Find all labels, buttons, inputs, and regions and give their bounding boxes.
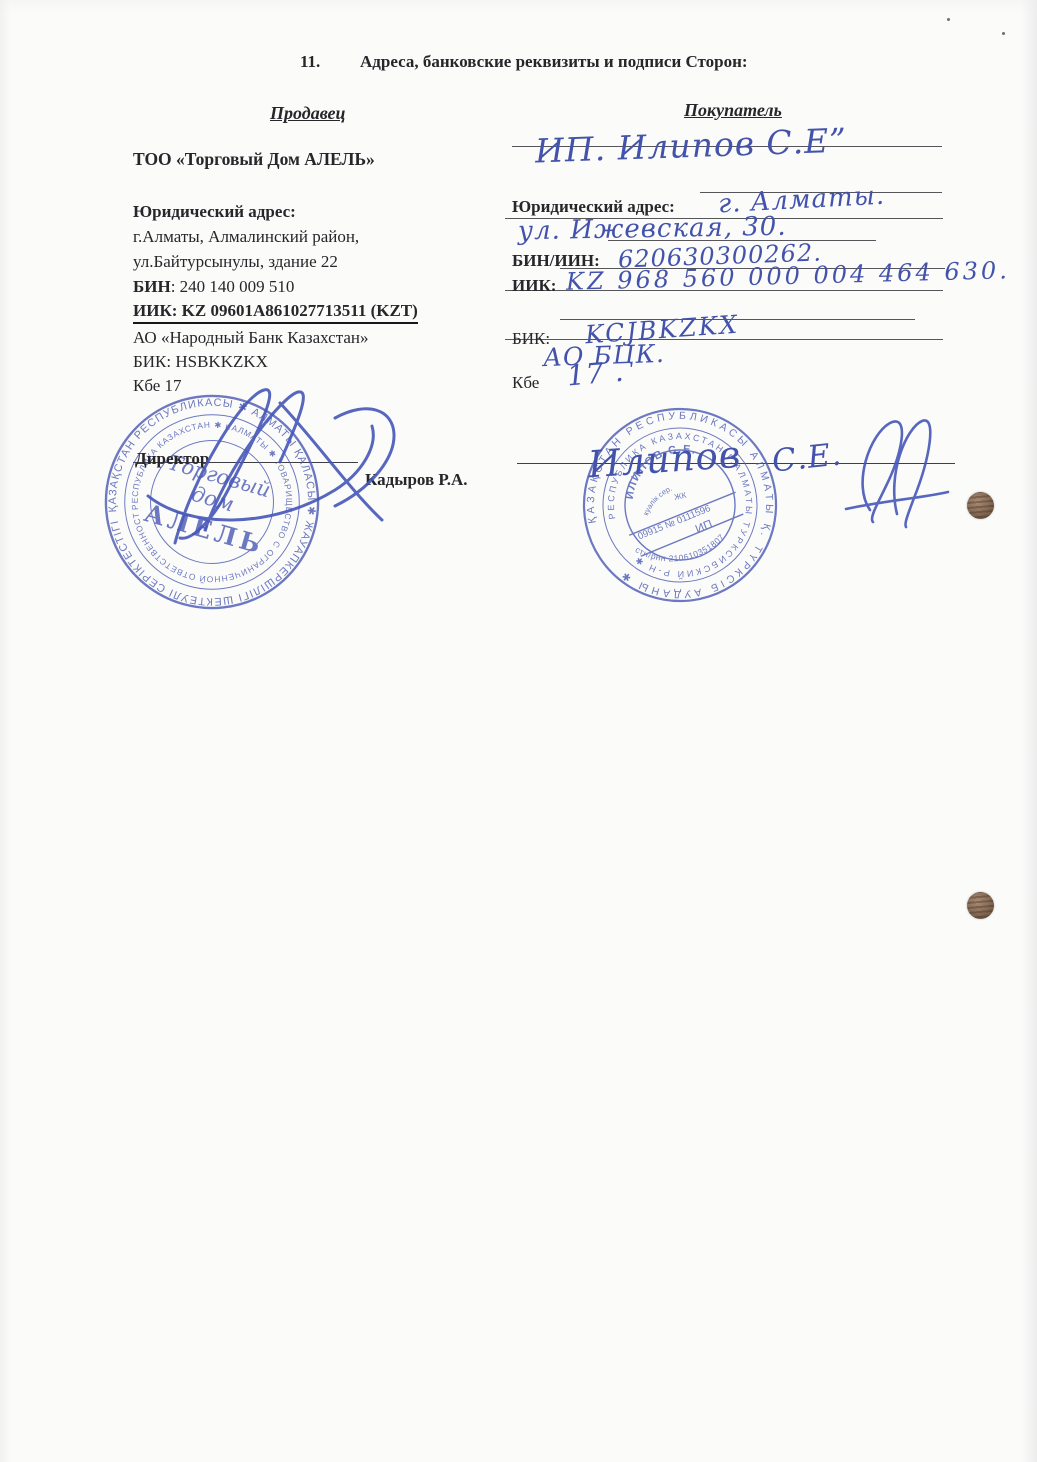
seller-address-line2: ул.Байтурсынулы, здание 22 bbox=[133, 252, 338, 272]
seller-iik-line: ИИК: KZ 09601A861027713511 (KZT) bbox=[133, 301, 418, 324]
seller-bin-label: БИН bbox=[133, 277, 171, 296]
seller-signature bbox=[130, 378, 460, 563]
buyer-kbe-label: Кбе bbox=[512, 373, 539, 393]
seller-company: ТОО «Торговый Дом АЛЕЛЬ» bbox=[133, 149, 375, 170]
svg-text:куәлік сер.: куәлік сер. bbox=[636, 483, 677, 518]
buyer-signature-initials: С.Е. bbox=[770, 436, 843, 479]
svg-text:ҚАЗАҚСТАН РЕСПУБЛИКАСЫ АЛМАТЫ: ҚАЗАҚСТАН РЕСПУБЛИКАСЫ АЛМАТЫ Қ. ТҮРКСІБ… bbox=[567, 392, 793, 618]
seller-heading: Продавец bbox=[270, 103, 346, 124]
seller-bin-line: БИН: 240 140 009 510 bbox=[133, 277, 294, 297]
scanned-contract-page: 11. Адреса, банковские реквизиты и подпи… bbox=[0, 0, 1037, 1462]
binding-hole-bottom bbox=[967, 892, 994, 919]
seller-address-line1: г.Алматы, Алмалинский район, bbox=[133, 227, 359, 247]
buyer-heading: Покупатель bbox=[684, 100, 782, 121]
buyer-stamp: ҚАЗАҚСТАН РЕСПУБЛИКАСЫ АЛМАТЫ Қ. ТҮРКСІБ… bbox=[561, 386, 798, 623]
scan-speck-2 bbox=[1002, 32, 1005, 35]
binding-hole-top bbox=[967, 492, 994, 519]
buyer-stamp-ring-outer-text: ҚАЗАҚСТАН РЕСПУБЛИКАСЫ АЛМАТЫ Қ. ТҮРКСІБ… bbox=[567, 392, 793, 618]
section-number: 11. bbox=[300, 52, 320, 72]
scan-speck-1 bbox=[947, 18, 950, 21]
buyer-signature-paraph bbox=[842, 412, 952, 537]
seller-address-label: Юридический адрес: bbox=[133, 202, 296, 222]
seller-bik-line: БИК: HSBKKZKX bbox=[133, 352, 268, 372]
buyer-kbe-handwritten: 17 . bbox=[566, 355, 626, 393]
buyer-stamp-zhk: ЖК bbox=[673, 491, 687, 502]
buyer-name-handwritten: ИП. Илипов С.Е” bbox=[534, 121, 847, 171]
buyer-iik-label: ИИК: bbox=[512, 276, 556, 296]
seller-bank-line: АО «Народный Банк Казахстан» bbox=[133, 328, 368, 348]
buyer-stamp-kualik: куәлік сер. bbox=[636, 483, 677, 518]
page-title: Адреса, банковские реквизиты и подписи С… bbox=[360, 52, 748, 72]
seller-bin-value: : 240 140 009 510 bbox=[171, 277, 295, 296]
buyer-stamp-outer-circle bbox=[566, 391, 794, 619]
